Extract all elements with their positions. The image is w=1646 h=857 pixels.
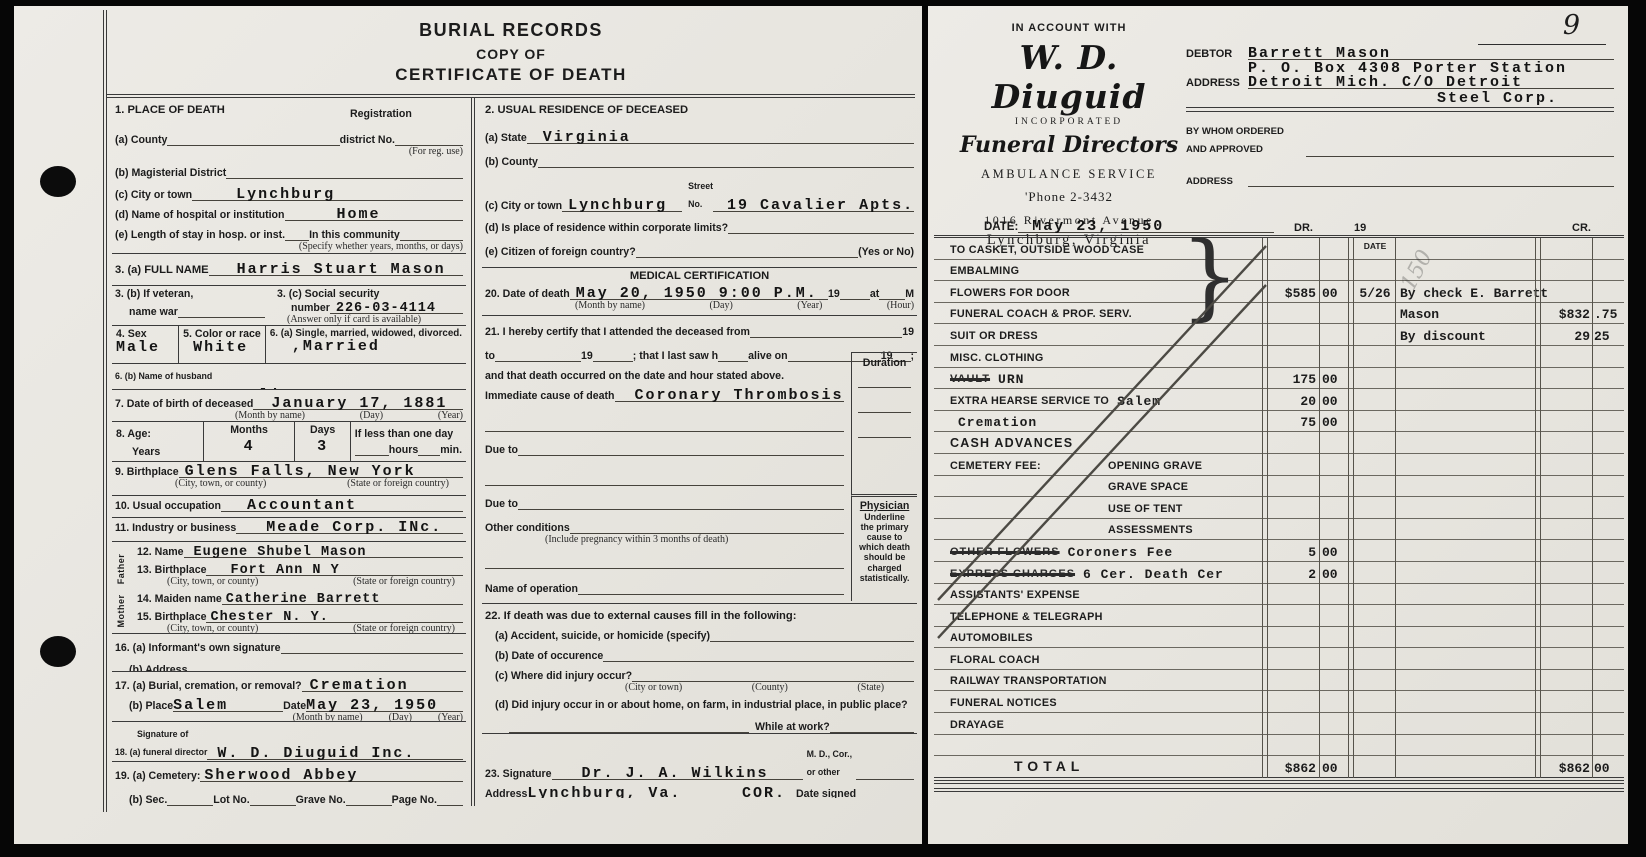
field-label: Immediate cause of death (485, 390, 615, 402)
field-label: hours (389, 444, 418, 456)
field-note: (City or town) (625, 682, 682, 693)
row-label: AUTOMOBILES (950, 632, 1033, 644)
page-number: 9 (1563, 10, 1580, 41)
ledger-row: TELEPHONE & TELEGRAPH (934, 605, 1624, 627)
struck-label: VAULT (950, 373, 990, 385)
field-label: (a) State (485, 132, 527, 144)
field-label: (e) Citizen of foreign country? (485, 246, 636, 258)
credit-entry: Mason (1400, 307, 1439, 322)
field-label: Registration (350, 108, 412, 120)
section-age: 8. Age: Years 69 Months 4 Days 3 (112, 422, 466, 462)
field-label: 16. (a) Informant's own signature (115, 642, 281, 654)
credit-entry: By check E. Barrett (1400, 286, 1548, 301)
debtor-city: Detroit Mich. C/O Detroit (1248, 75, 1523, 90)
field-label: (c) City or town (485, 200, 562, 212)
fill-line (281, 640, 463, 654)
field-value: 19 Cavalier Apts. (713, 198, 914, 213)
amount-cr-cents: 25 (1594, 329, 1626, 344)
grouping-brace: } (1180, 230, 1240, 324)
field-label: In this community (309, 229, 400, 241)
debtor-company: Steel Corp. (1437, 91, 1558, 106)
sex-cell: 4. Sex Male (112, 326, 179, 363)
debtor-name: Barrett Mason (1248, 46, 1391, 61)
date-label: DATE: (984, 221, 1018, 233)
field-label: (b) Date of occurence (495, 650, 603, 662)
physician-note-box: Physician Underline the primary cause to… (851, 494, 917, 601)
amount-dr-dollars: 175 (1264, 372, 1316, 387)
in-account-with-label: IN ACCOUNT WITH (950, 22, 1188, 34)
nineteen-column-header: 19 (1354, 222, 1366, 234)
section-veteran-ssn: 3. (b) If veteran, name war 3. (c) Socia… (112, 286, 466, 326)
fill-line: Harris Stuart Mason (209, 262, 463, 276)
amount-dr-dollars: $862 (1264, 761, 1316, 776)
field-label: 6. (b) Name of husband (115, 371, 212, 381)
fill-line: Salem (173, 698, 283, 712)
ledger-row: FLORAL COACH (934, 648, 1624, 670)
row-label: CEMETERY FEE: (950, 460, 1041, 472)
physician-label: Physician (852, 500, 917, 512)
fill-line (437, 792, 463, 806)
field-note: (County) (752, 682, 788, 693)
row-label: TELEPHONE & TELEGRAPH (950, 611, 1103, 623)
fill-line: Detroit Mich. C/O Detroit (1248, 75, 1614, 89)
row-label: EMBALMING (950, 265, 1019, 277)
section-date-of-birth: 7. Date of birth of deceased January 17,… (112, 390, 466, 422)
field-label: M. D., Cor., (807, 749, 852, 759)
field-value: Meade Corp. INc. (236, 520, 442, 535)
ledger-page: IN ACCOUNT WITH W. D. Diuguid INCORPORAT… (928, 6, 1628, 844)
ledger-row: SUIT OR DRESSBy discount2925 (934, 324, 1624, 346)
fill-line (178, 304, 265, 318)
fill-line: Dr. J. A. Wilkins (552, 766, 803, 780)
column-rule (1540, 238, 1541, 778)
section-heading: 22. If death was due to external causes … (485, 610, 914, 622)
physician-note: statistically. (852, 573, 917, 583)
physician-note: Underline (852, 512, 917, 522)
duration-label: Duration (852, 357, 917, 369)
field-note: (State or foreign country) (353, 576, 455, 587)
field-label: 19 (581, 350, 593, 362)
field-note: (City, town, or county) (175, 478, 266, 489)
title-copy-of: COPY OF (107, 46, 915, 62)
firm-letterhead: IN ACCOUNT WITH W. D. Diuguid INCORPORAT… (950, 22, 1188, 249)
amount-dr-cents: 00 (1322, 286, 1350, 301)
typed-entry: URN (998, 372, 1024, 387)
fill-line (728, 220, 914, 234)
field-note: (For reg. use) (409, 146, 463, 157)
amount-dr-cents: 00 (1322, 415, 1350, 430)
fill-line (346, 792, 392, 806)
fill-line: May 20, 1950 9:00 P.M. (570, 286, 828, 300)
field-label: min. (440, 444, 462, 456)
race-cell: 5. Color or race White (179, 326, 266, 363)
row-sublabel: USE OF TENT (1108, 503, 1183, 515)
field-label: (b) County (485, 156, 538, 168)
medical-certification-heading: MEDICAL CERTIFICATION (485, 270, 914, 282)
fill-line (485, 418, 844, 432)
field-label: name war (129, 306, 178, 318)
fill-line (495, 348, 581, 362)
field-label: 12. Name (137, 546, 184, 558)
row-label: ASSISTANTS' EXPENSE (950, 589, 1080, 601)
ledger-row: GRAVE SPACE (934, 476, 1624, 498)
ordered-by-label: BY WHOM ORDERED (1186, 126, 1284, 137)
field-label: 8. Age: (116, 428, 151, 440)
fill-line (485, 472, 844, 486)
ledger-row: AUTOMOBILES (934, 627, 1624, 649)
field-label: 3. (a) FULL NAME (115, 264, 209, 276)
fill-line (538, 154, 914, 168)
field-value: May 23, 1950 (306, 698, 438, 713)
field-label: Years (132, 446, 160, 458)
cr-column-header: CR. (1572, 222, 1591, 234)
fill-line: Eugene Shubel Mason (184, 544, 463, 558)
section-heading: 2. USUAL RESIDENCE OF DECEASED (485, 104, 688, 116)
field-label: 21. I hereby certify that I attended the… (485, 326, 750, 338)
field-note: (Day) (360, 410, 383, 421)
fill-line (750, 324, 902, 338)
amount-dr-cents: 00 (1322, 567, 1350, 582)
field-label: M (905, 288, 914, 300)
form-column-right: 2. USUAL RESIDENCE OF DECEASED (a) State… (475, 98, 924, 806)
section-signature: 23. Signature Dr. J. A. Wilkins M. D., C… (482, 734, 917, 798)
field-label: (a) Accident, suicide, or homicide (spec… (495, 630, 710, 642)
field-label: (c) Where did injury occur? (495, 670, 632, 682)
section-parents: Father Mother 12. Name Eugene Shubel Mas… (112, 542, 466, 634)
ledger-row: EXPRESS CHARGES6 Cer. Death Cer200 (934, 562, 1624, 584)
fill-line (395, 132, 463, 146)
field-value: Cremation (302, 678, 409, 693)
field-label: 14. Maiden name (137, 593, 222, 605)
field-label: (d) Is place of residence within corpora… (485, 222, 728, 234)
amount-dr-dollars: $585 (1264, 286, 1316, 301)
fill-line (578, 581, 844, 595)
fill-line (632, 668, 914, 682)
fill-line (518, 442, 844, 456)
row-sublabel: OPENING GRAVE (1108, 460, 1202, 472)
ledger-row: EXTRA HEARSE SERVICE TOSalem2000 (934, 389, 1624, 411)
section-usual-residence: 2. USUAL RESIDENCE OF DECEASED (a) State… (482, 98, 917, 268)
phone-number: 'Phone 2-3432 (950, 189, 1188, 205)
field-label: (b) Place (129, 700, 173, 712)
address2-label: ADDRESS (1186, 176, 1248, 187)
field-value: Accountant (221, 498, 357, 513)
field-label: (b) Magisterial District (115, 167, 226, 179)
amount-dr-dollars: 75 (1264, 415, 1316, 430)
field-label: Page No. (392, 794, 437, 806)
field-note: (Answer only if card is available) (287, 314, 421, 325)
field-label: 17. (a) Burial, cremation, or removal? (115, 680, 302, 692)
section-spouse: 6. (b) Name of husband or wife Alice Har… (112, 364, 466, 390)
field-label: Days (299, 424, 345, 436)
column-rule (1267, 238, 1268, 778)
field-label: No. (688, 199, 702, 209)
field-label: 20. Date of death (485, 288, 570, 300)
typed-entry: Salem (1117, 394, 1161, 409)
field-label: Signature of (137, 729, 188, 739)
fill-line (355, 442, 389, 456)
field-value: Lynchburg (562, 198, 667, 213)
field-label: 18. (a) funeral director (115, 747, 207, 757)
section-place-of-death: 1. PLACE OF DEATH Registration (a) Count… (112, 98, 466, 254)
column-rule (1395, 238, 1396, 778)
field-label: 15. Birthplace (137, 611, 206, 623)
fill-line (226, 165, 463, 179)
divider (934, 780, 1624, 784)
fill-line (636, 244, 858, 258)
fill-line: Sherwood Abbey (200, 768, 463, 782)
fill-line: Lynchburg (192, 187, 463, 201)
incorporated-label: INCORPORATED (950, 117, 1188, 127)
column-rule (1262, 238, 1263, 778)
fill-line: Barrett Mason (1248, 46, 1614, 60)
field-label: 23. Signature (485, 768, 552, 780)
ledger-row: CASH ADVANCES (934, 432, 1624, 454)
field-value: Lynchburg, Va. (527, 786, 681, 798)
ledger-row: TO CASKET, OUTSIDE WOOD CASE (934, 238, 1624, 260)
amount-dr-dollars: 20 (1264, 394, 1316, 409)
section-birthplace: 9. Birthplace Glens Falls, New York (Cit… (112, 462, 466, 496)
title-certificate-of-death: CERTIFICATE OF DEATH (107, 65, 915, 85)
section-informant: 16. (a) Informant's own signature (b) Ad… (112, 634, 466, 672)
field-label: (d) Name of hospital or institution (115, 209, 285, 221)
field-note: (Year) (438, 410, 463, 421)
row-label: FLOWERS FOR DOOR (950, 287, 1070, 299)
row-label: FLORAL COACH (950, 654, 1040, 666)
field-label: to (485, 350, 495, 362)
field-note: (Day) (389, 712, 412, 722)
section-occupation: 10. Usual occupation Accountant (112, 496, 466, 518)
fill-line: Meade Corp. INc. (236, 520, 463, 534)
divider (934, 788, 1624, 792)
fill-line: Glens Falls, New York (179, 464, 463, 478)
section-burial-cremation: 17. (a) Burial, cremation, or removal? C… (112, 672, 466, 722)
field-label: Lot No. (213, 794, 249, 806)
ledger-row: EMBALMING (934, 260, 1624, 282)
row-label: SUIT OR DRESS (950, 330, 1038, 342)
ledger-row: MISC. CLOTHING (934, 346, 1624, 368)
field-value: 3 (299, 439, 345, 454)
field-label: (d) Did injury occur in or about home, o… (495, 699, 914, 711)
fill-line (167, 132, 339, 146)
mother-side-label: Mother (116, 591, 126, 631)
date-subcolumn-header: DATE (1354, 241, 1396, 251)
amount-dr-cents: 00 (1322, 394, 1350, 409)
row-sublabel: ASSESSMENTS (1108, 524, 1193, 536)
row-label: FUNERAL NOTICES (950, 697, 1057, 709)
fill-line (187, 662, 463, 672)
father-side-label: Father (116, 549, 126, 589)
fill-line (418, 442, 440, 456)
field-value: May 20, 1950 9:00 P.M. (570, 286, 818, 301)
section-certification-21: 21. I hereby certify that I attended the… (482, 316, 917, 604)
amount-cr-cents: 00 (1594, 761, 1626, 776)
dr-column-header: DR. (1294, 222, 1313, 234)
field-value: Chester N. Y. (206, 611, 328, 625)
field-value: 4 (208, 439, 291, 454)
field-label: 7. Date of birth of deceased (115, 398, 253, 410)
age-months-cell: Months 4 (204, 422, 296, 461)
fill-line (1248, 173, 1614, 187)
ledger-row: DRAYAGE (934, 713, 1624, 735)
field-value: W. D. Diuguid Inc. (207, 746, 415, 761)
fill-line (840, 286, 870, 300)
fill-line (167, 792, 213, 806)
fill-line: Coronary Thrombosis (615, 388, 845, 402)
section-funeral-director: Signature of 18. (a) funeral director W.… (112, 722, 466, 762)
amount-dr-dollars: 5 (1264, 545, 1316, 560)
field-label: Grave No. (296, 794, 346, 806)
fill-line: January 17, 1881 (253, 396, 463, 410)
ledger-row: ASSISTANTS' EXPENSE (934, 584, 1624, 606)
section-cemetery: 19. (a) Cemetery: Sherwood Abbey (b) Sec… (112, 762, 466, 806)
ledger-table: TO CASKET, OUTSIDE WOOD CASEEMBALMINGFLO… (934, 235, 1624, 778)
punch-hole-icon (40, 636, 76, 667)
physician-note: which death (852, 542, 917, 552)
field-label: Due to (485, 498, 518, 510)
field-label: Date signed (796, 788, 856, 798)
ledger-row: ASSESSMENTS (934, 519, 1624, 541)
field-value: Lynchburg (192, 187, 335, 202)
field-value: Sherwood Abbey (200, 768, 358, 783)
fill-line: Virginia (527, 130, 914, 144)
field-label: 3. (c) Social security (277, 288, 463, 300)
field-value: Fort Ann N Y (206, 564, 339, 578)
field-label: Name of operation (485, 583, 578, 595)
field-note: (Year) (438, 712, 463, 722)
fill-line: May 23, 1950 (306, 698, 463, 712)
field-label: 19. (a) Cemetery: (115, 770, 200, 782)
field-value: 226-03-4114 (330, 302, 436, 316)
field-label: 9. Birthplace (115, 466, 179, 478)
field-label: 19 (902, 326, 914, 338)
debtor-block: DEBTOR Barrett Mason P. O. Box 4308 Port… (1186, 46, 1614, 187)
ledger-row: FUNERAL COACH & PROF. SERV.Mason$832.75 (934, 303, 1624, 325)
struck-label: EXPRESS CHARGES (950, 568, 1075, 580)
fill-line (710, 628, 914, 642)
section-full-name: 3. (a) FULL NAME Harris Stuart Mason (112, 254, 466, 286)
field-note: (State or foreign country) (353, 623, 455, 634)
field-note: (Specify whether years, months, or days) (299, 241, 463, 252)
ledger-row: CEMETERY FEE:OPENING GRAVE (934, 454, 1624, 476)
fill-line (593, 348, 633, 362)
fill-line (570, 520, 844, 534)
field-label: Other conditions (485, 522, 570, 534)
field-label: 19 (828, 288, 840, 300)
funeral-directors-label: Funeral Directors (950, 132, 1188, 158)
physician-note: charged (852, 563, 917, 573)
physician-note: should be (852, 552, 917, 562)
field-label: or other (807, 767, 840, 777)
field-label: alive on (748, 350, 787, 362)
ambulance-service-label: AMBULANCE SERVICE (950, 167, 1188, 182)
field-label: (b) Sec. (129, 794, 167, 806)
amount-dr-dollars: 2 (1264, 567, 1316, 582)
row-label: DRAYAGE (950, 719, 1004, 731)
fill-line (856, 766, 914, 780)
fill-line (830, 719, 914, 733)
duration-box: Duration (851, 352, 917, 494)
certificate-page: BURIAL RECORDS COPY OF CERTIFICATE OF DE… (14, 6, 922, 844)
field-note: (Month by name) (575, 300, 645, 311)
field-label: 11. Industry or business (115, 522, 236, 534)
approved-label: AND APPROVED (1186, 144, 1263, 155)
date-value: May 23, 1950 (1018, 219, 1164, 234)
row-label: MISC. CLOTHING (950, 352, 1044, 364)
field-label: (c) City or town (115, 189, 192, 201)
field-value: Coronary Thrombosis (615, 388, 844, 403)
divider (1186, 107, 1614, 112)
fill-line (856, 786, 914, 798)
column-rule (1319, 238, 1320, 778)
column-rule (1535, 238, 1536, 778)
fill-line (285, 227, 309, 241)
fill-line: Home (285, 207, 464, 221)
ledger-row: VAULTURN17500 (934, 368, 1624, 390)
ledger-row: OTHER FLOWERSCoroners Fee500 (934, 540, 1624, 562)
column-rule (1592, 238, 1593, 778)
field-label: Street (688, 181, 713, 191)
field-value: Catherine Barrett (222, 593, 381, 607)
scanned-burial-record: BURIAL RECORDS COPY OF CERTIFICATE OF DE… (0, 0, 1646, 857)
field-value: Dr. J. A. Wilkins (552, 766, 769, 781)
amount-dr-cents: 00 (1322, 545, 1350, 560)
form-title: BURIAL RECORDS COPY OF CERTIFICATE OF DE… (107, 10, 915, 94)
struck-label: OTHER FLOWERS (950, 546, 1060, 558)
field-label: at (870, 288, 879, 300)
age-years-cell: 8. Age: Years 69 (112, 422, 204, 461)
row-label: TO CASKET, OUTSIDE WOOD CASE (950, 244, 1144, 256)
fill-line: W. D. Diuguid Inc. (207, 746, 463, 760)
fill-line (485, 555, 844, 569)
field-label: (a) County (115, 134, 167, 146)
form-body: 1. PLACE OF DEATH Registration (a) Count… (107, 98, 915, 806)
field-label: and that death occurred on the date and … (485, 370, 844, 382)
section-medical-certification: MEDICAL CERTIFICATION 20. Date of death … (482, 268, 917, 316)
field-note: (Hour) (887, 300, 914, 311)
fill-line: Cremation (302, 678, 463, 692)
typed-entry: Cremation (958, 415, 1037, 430)
row-label: TOTAL (1014, 758, 1084, 774)
field-label: number (291, 302, 330, 314)
physician-note: the primary (852, 522, 917, 532)
field-note: (City, town, or county) (167, 623, 258, 634)
field-label: 13. Birthplace (137, 564, 206, 576)
field-label: While at work? (755, 721, 830, 733)
row-label: EXTRA HEARSE SERVICE TO (950, 395, 1109, 407)
section-industry: 11. Industry or business Meade Corp. INc… (112, 518, 466, 542)
column-rule (1353, 238, 1354, 778)
field-value: Home (285, 207, 381, 222)
fill-line: 226-03-4114 (330, 300, 463, 314)
field-value: Virginia (527, 130, 631, 145)
ledger-row: USE OF TENT (934, 497, 1624, 519)
fill-line: Chester N. Y. (206, 609, 463, 623)
physician-note: cause to (852, 532, 917, 542)
credit-entry: By discount (1400, 329, 1486, 344)
field-note: (Month by name) (293, 712, 363, 722)
section-external-causes: 22. If death was due to external causes … (482, 604, 917, 734)
section-heading: 1. PLACE OF DEATH (115, 104, 225, 116)
field-note: (City, town, or county) (167, 576, 258, 587)
typed-entry: Coroners Fee (1068, 545, 1174, 560)
ledger-row (934, 735, 1624, 757)
fill-line: 19 Cavalier Apts. (713, 198, 914, 212)
fill-line (400, 227, 463, 241)
marital-cell: 6. (a) Single, married, widowed, divorce… (266, 326, 466, 363)
field-note: (Include pregnancy within 3 months of de… (545, 534, 728, 545)
row-sublabel: GRAVE SPACE (1108, 481, 1188, 493)
